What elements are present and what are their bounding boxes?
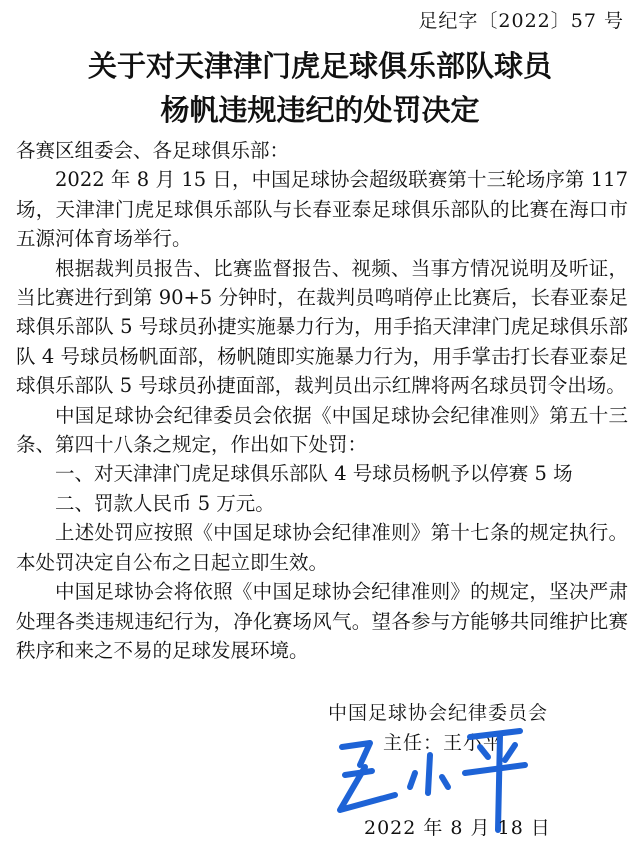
document-title-line-1: 关于对天津津门虎足球俱乐部队球员 <box>0 44 640 85</box>
paragraph-basis: 中国足球协会纪律委员会依据《中国足球协会纪律准则》第五十三条、第四十八条之规定，… <box>16 401 628 460</box>
paragraph-match-info: 2022 年 8 月 15 日，中国足球协会超级联赛第十三轮场序第 117 场，… <box>16 165 628 253</box>
document-body: 各赛区组委会、各足球俱乐部： 2022 年 8 月 15 日，中国足球协会超级联… <box>16 136 628 665</box>
document-number: 足纪字〔2022〕57 号 <box>418 6 624 33</box>
signatory-organization: 中国足球协会纪律委员会 <box>328 698 548 725</box>
paragraph-execution: 上述处罚应按照《中国足球协会纪律准则》第十七条的规定执行。本处罚决定自公布之日起… <box>16 518 628 577</box>
document-title-line-2: 杨帆违规违纪的处罚决定 <box>0 88 640 129</box>
document-date: 2022 年 8 月 18 日 <box>364 813 551 840</box>
paragraph-closing: 中国足球协会将依照《中国足球协会纪律准则》的规定，坚决严肃处理各类违规违纪行为，… <box>16 577 628 665</box>
penalty-item-1: 一、对天津津门虎足球俱乐部队 4 号球员杨帆予以停赛 5 场 <box>16 459 628 488</box>
penalty-item-2: 二、罚款人民币 5 万元。 <box>16 489 628 518</box>
paragraph-incident: 根据裁判员报告、比赛监督报告、视频、当事方情况说明及听证，当比赛进行到第 90+… <box>16 254 628 401</box>
salutation: 各赛区组委会、各足球俱乐部： <box>16 136 628 165</box>
